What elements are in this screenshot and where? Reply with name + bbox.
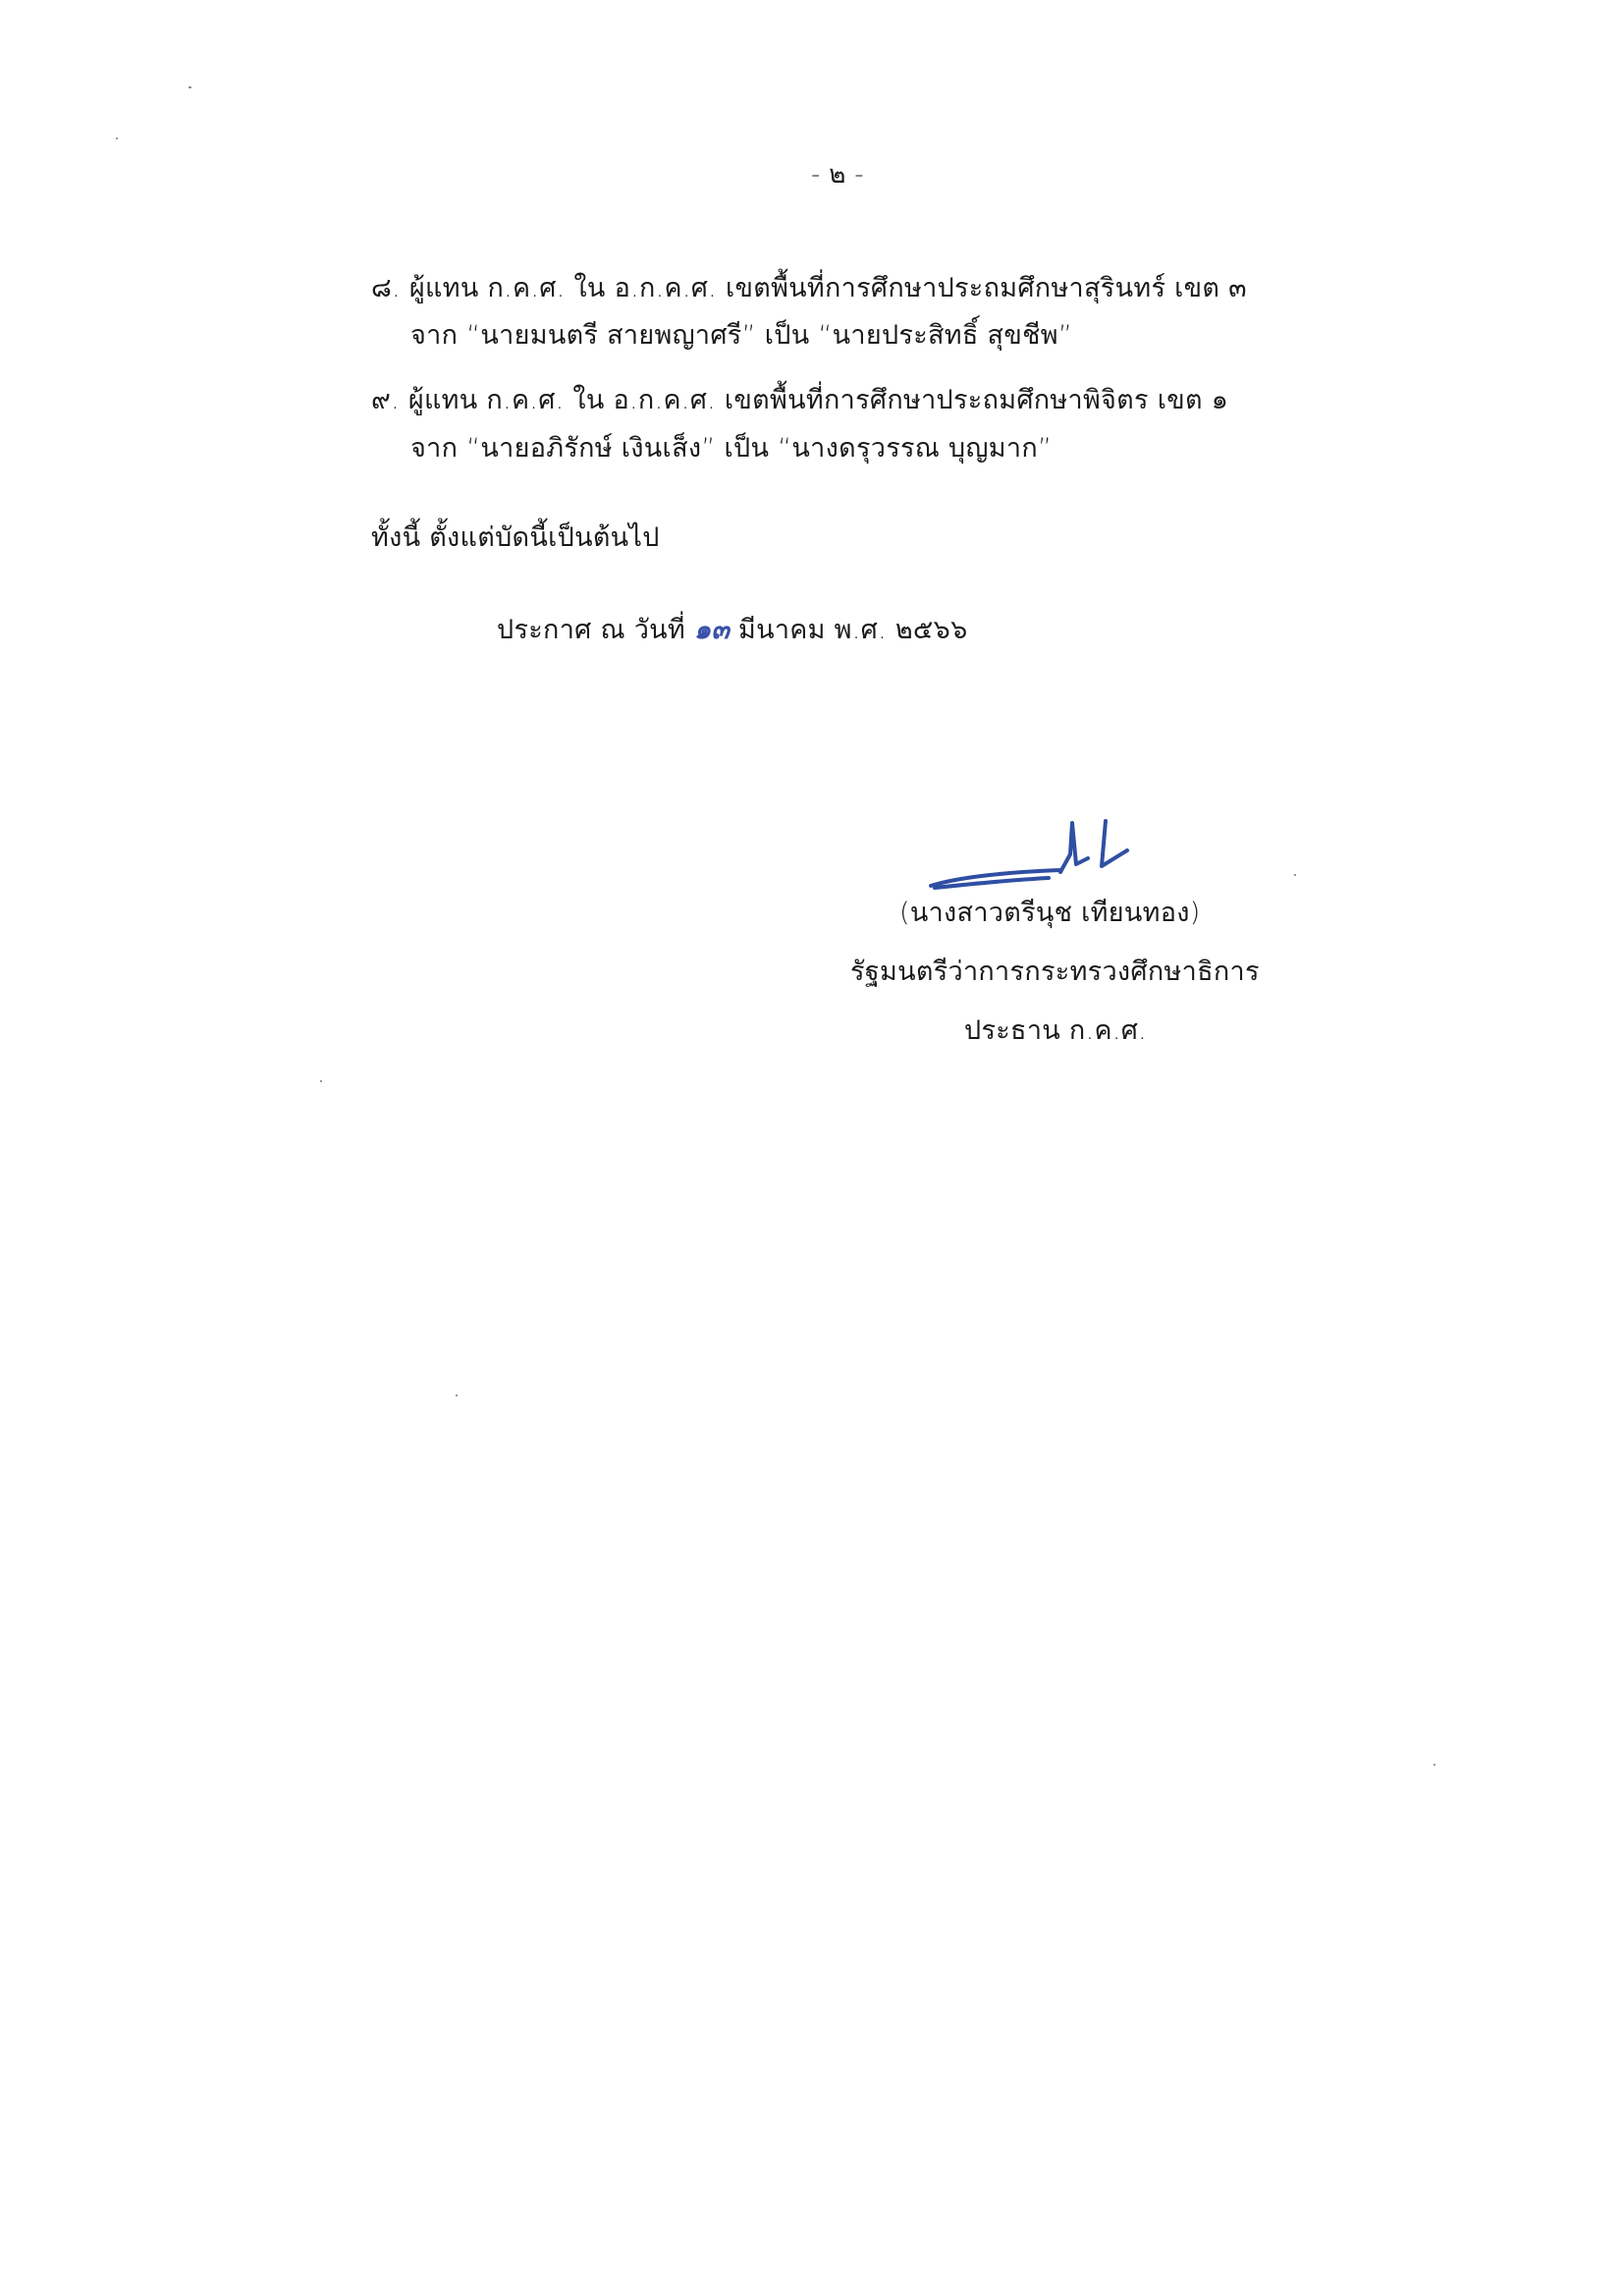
scan-speck xyxy=(320,1080,322,1082)
scan-speck xyxy=(116,137,118,139)
scan-speck xyxy=(189,86,191,88)
handwritten-day: ๑๓ xyxy=(694,615,730,645)
scan-speck xyxy=(456,1394,458,1396)
signatory-role: ประธาน ก.ค.ศ. xyxy=(964,1013,1147,1049)
signatory-name: (นางสาวตรีนุช เทียนทอง) xyxy=(899,896,1201,931)
list-item-8: ๘. ผู้แทน ก.ค.ศ. ใน อ.ก.ค.ศ. เขตพื้นที่ก… xyxy=(371,271,1247,306)
item-text: ผู้แทน ก.ค.ศ. ใน อ.ก.ค.ศ. เขตพื้นที่การศ… xyxy=(409,273,1247,303)
item-number: ๙. xyxy=(371,385,400,415)
announcement-suffix: มีนาคม พ.ศ. ๒๕๖๖ xyxy=(730,615,967,645)
item-text: ผู้แทน ก.ค.ศ. ใน อ.ก.ค.ศ. เขตพื้นที่การศ… xyxy=(408,385,1228,415)
item-number: ๘. xyxy=(371,273,401,303)
list-item-9: ๙. ผู้แทน ก.ค.ศ. ใน อ.ก.ค.ศ. เขตพื้นที่ก… xyxy=(371,383,1228,418)
document-page: - ๒ - ๘. ผู้แทน ก.ค.ศ. ใน อ.ก.ค.ศ. เขตพื… xyxy=(0,0,1624,2296)
list-item-9-change: จาก “นายอภิรักษ์ เงินเส็ง” เป็น “นางดรุว… xyxy=(410,431,1052,466)
announcement-date: ประกาศ ณ วันที่ ๑๓ มีนาคม พ.ศ. ๒๕๖๖ xyxy=(497,613,968,648)
list-item-8-change: จาก “นายมนตรี สายพญาศรี” เป็น “นายประสิท… xyxy=(410,318,1072,354)
signatory-position: รัฐมนตรีว่าการกระทรวงศึกษาธิการ xyxy=(850,955,1260,990)
scan-speck xyxy=(1294,874,1296,876)
scan-speck xyxy=(1434,1764,1435,1766)
effective-clause: ทั้งนี้ ตั้งแต่บัดนี้เป็นต้นไป xyxy=(371,520,660,556)
page-number: - ๒ - xyxy=(811,157,864,192)
announcement-prefix: ประกาศ ณ วันที่ xyxy=(497,615,694,645)
signature-icon xyxy=(923,815,1139,894)
